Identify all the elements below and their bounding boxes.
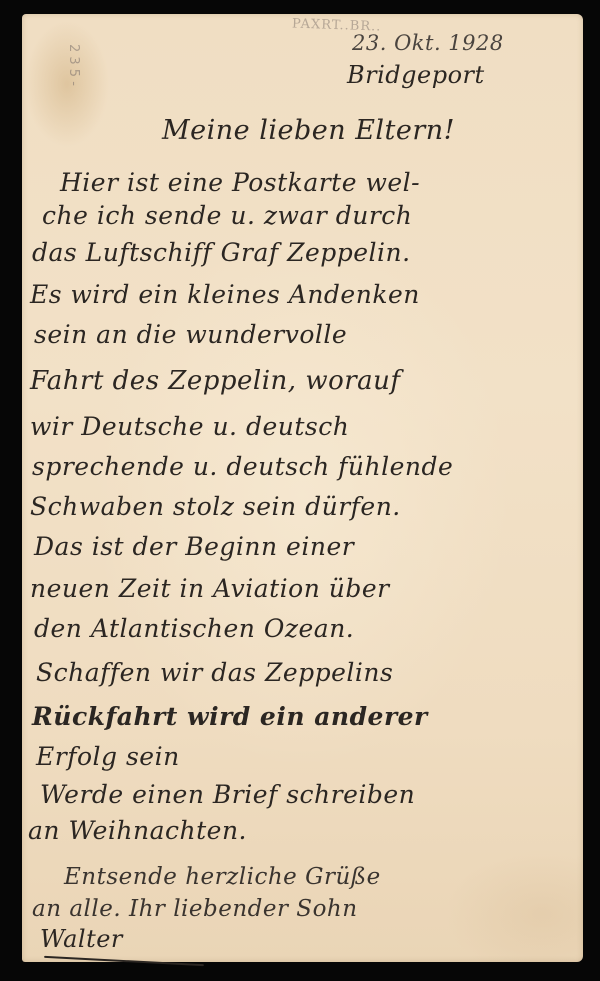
closing-line: an alle. Ihr liebender Sohn <box>32 894 358 924</box>
body-line: Erfolg sein <box>36 742 180 772</box>
body-line: Rückfahrt wird ein anderer <box>32 702 428 732</box>
closing-line: Entsende herzliche Grüße <box>64 862 381 892</box>
body-line: neuen Zeit in Aviation über <box>30 574 390 604</box>
body-line: Fahrt des Zeppelin, worauf <box>30 366 401 396</box>
body-line: Hier ist eine Postkarte wel- <box>60 168 420 198</box>
signature: Walter <box>40 924 123 954</box>
body-line: Werde einen Brief schreiben <box>40 780 415 810</box>
postcard: PAXRT..BR.. 2 3 5 - 23. Okt. 1928 Bridge… <box>22 14 583 962</box>
pencil-margin-note: 2 3 5 - <box>64 44 82 60</box>
scan-background: PAXRT..BR.. 2 3 5 - 23. Okt. 1928 Bridge… <box>0 0 600 981</box>
body-line: sprechende u. deutsch fühlende <box>32 452 453 482</box>
letter-place: Bridgeport <box>347 60 485 90</box>
body-line: Schaffen wir das Zeppelins <box>36 658 393 688</box>
body-line: Schwaben stolz sein dürfen. <box>30 492 401 522</box>
body-line: Es wird ein kleines Andenken <box>30 280 420 310</box>
body-line: sein an die wundervolle <box>34 320 347 350</box>
signature-underline <box>44 956 204 966</box>
body-line: an Weihnachten. <box>28 816 247 846</box>
body-line: che ich sende u. zwar durch <box>42 201 412 231</box>
body-line: das Luftschiff Graf Zeppelin. <box>32 238 411 268</box>
body-line: Das ist der Beginn einer <box>34 532 354 562</box>
body-line: wir Deutsche u. deutsch <box>30 412 349 442</box>
body-line: den Atlantischen Ozean. <box>34 614 354 644</box>
salutation: Meine lieben Eltern! <box>162 116 455 146</box>
letter-date: 23. Okt. 1928 <box>352 28 504 58</box>
